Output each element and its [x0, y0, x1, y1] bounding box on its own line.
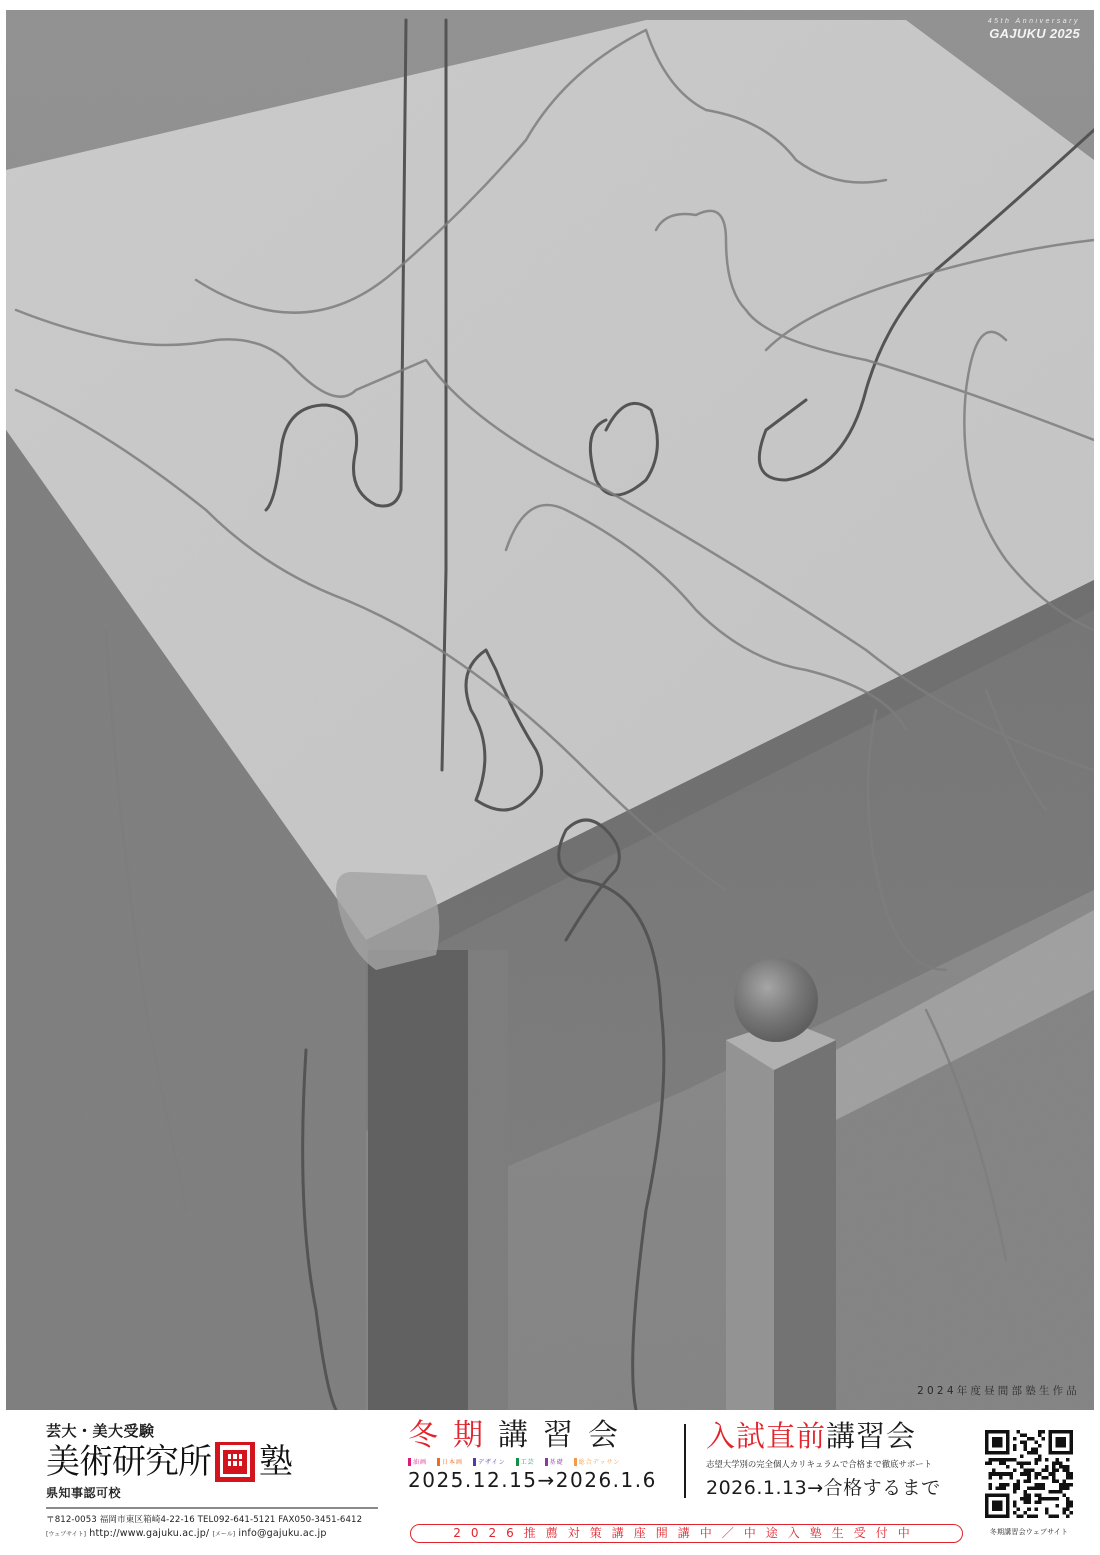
brand-block: 芸大・美大受験 美術研究所 塾 県知事認可校 〒812-0053 福岡市東区箱崎… — [46, 1420, 378, 1539]
category-label: 油画 — [413, 1457, 427, 1466]
category-color-icon — [473, 1458, 476, 1466]
category-tag: デザイン — [473, 1457, 506, 1466]
category-label: 基礎 — [550, 1457, 564, 1466]
category-tag: 油画 — [408, 1457, 427, 1466]
category-label: 総合デッサン — [579, 1457, 621, 1466]
website-tag: [ウェブサイト] — [46, 1531, 86, 1538]
artwork-drawing: 45th Anniversary GAJUKU 2025 2024年度昼間部塾生… — [6, 10, 1094, 1410]
brand-logo-tail: 塾 — [259, 1442, 293, 1482]
brand-divider — [46, 1507, 378, 1509]
website-link[interactable]: http://www.gajuku.ac.jp/ — [89, 1528, 209, 1539]
ga-logo-icon — [215, 1442, 255, 1482]
category-color-icon — [574, 1458, 577, 1466]
anniversary-label: 45th Anniversary — [988, 18, 1080, 25]
address-line: 〒812-0053 福岡市東区箱崎4-22-16 TEL092-641-5121… — [46, 1513, 378, 1525]
brand-logo: 美術研究所 塾 — [46, 1442, 378, 1482]
category-tag: 総合デッサン — [574, 1457, 621, 1466]
contact-line: [ウェブサイト] http://www.gajuku.ac.jp/ [メール] … — [46, 1528, 378, 1539]
brand-name: 美術研究所 — [46, 1442, 211, 1482]
winter-course-title: 冬期講習会 — [408, 1418, 678, 1454]
exam-title-red: 入試直前 — [706, 1419, 826, 1453]
qr-block: 冬期講習会ウェブサイト — [985, 1430, 1073, 1537]
qr-code-icon[interactable] — [985, 1430, 1073, 1518]
category-label: 日本画 — [442, 1457, 463, 1466]
category-color-icon — [516, 1458, 519, 1466]
winter-course-dates: 2025.12.15→2026.1.6 — [408, 1468, 678, 1492]
category-tag: 工芸 — [516, 1457, 535, 1466]
artwork-credit: 2024年度昼間部塾生作品 — [917, 1383, 1080, 1398]
email-link[interactable]: info@gajuku.ac.jp — [238, 1528, 326, 1539]
brand-kicker: 芸大・美大受験 — [46, 1420, 378, 1441]
license-text: 県知事認可校 — [46, 1484, 378, 1501]
category-list: 油画日本画デザイン工芸基礎総合デッサン — [408, 1457, 678, 1466]
exam-title-black: 講習会 — [826, 1419, 916, 1453]
winter-title-black: 講習会 — [498, 1418, 633, 1453]
anniversary-badge: 45th Anniversary GAJUKU 2025 — [988, 18, 1080, 41]
category-color-icon — [545, 1458, 548, 1466]
qr-caption: 冬期講習会ウェブサイト — [985, 1527, 1073, 1537]
footer-info: 芸大・美大受験 美術研究所 塾 県知事認可校 〒812-0053 福岡市東区箱崎… — [0, 1410, 1100, 1555]
category-color-icon — [408, 1458, 411, 1466]
winter-course-block: 冬期講習会 油画日本画デザイン工芸基礎総合デッサン 2025.12.15→202… — [408, 1418, 678, 1492]
exam-course-block: 入試直前講習会 志望大学別の完全個人カリキュラムで合格まで徹底サポート 2026… — [706, 1418, 976, 1500]
mail-tag: [メール] — [213, 1531, 236, 1538]
recruit-banner: 2026推薦対策講座開講中／中途入塾生受付中 — [410, 1524, 963, 1543]
category-tag: 日本画 — [437, 1457, 463, 1466]
anniversary-title: GAJUKU 2025 — [988, 26, 1080, 41]
exam-course-title: 入試直前講習会 — [706, 1418, 976, 1454]
table-yarn-drawing — [6, 10, 1094, 1410]
exam-course-dates: 2026.1.13→合格するまで — [706, 1473, 976, 1500]
winter-title-red: 冬期 — [408, 1418, 498, 1453]
category-label: デザイン — [478, 1457, 506, 1466]
category-color-icon — [437, 1458, 440, 1466]
category-tag: 基礎 — [545, 1457, 564, 1466]
category-label: 工芸 — [521, 1457, 535, 1466]
exam-course-subtitle: 志望大学別の完全個人カリキュラムで合格まで徹底サポート — [706, 1458, 976, 1470]
course-divider — [684, 1424, 686, 1498]
